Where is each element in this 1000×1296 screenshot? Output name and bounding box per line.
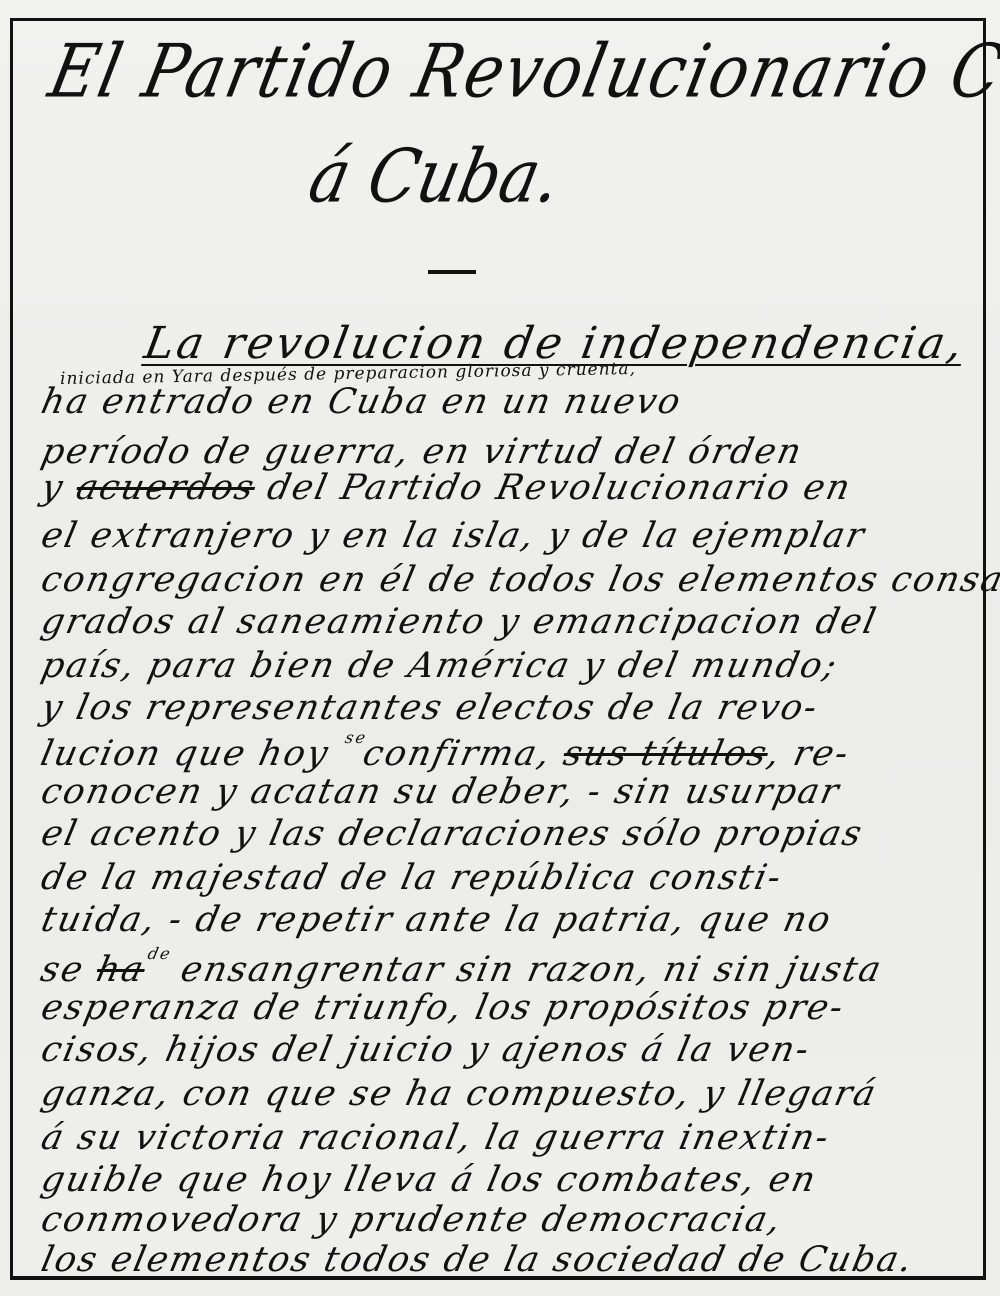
manuscript-line: congregacion en él de todos los elemento… <box>38 560 1000 600</box>
line-text: confirma, <box>359 734 568 774</box>
line-text: á su victoria racional, la guerra inexti… <box>38 1118 834 1158</box>
manuscript-line: conocen y acatan su deber, - sin usurpar <box>38 772 844 812</box>
line-text: guible que hoy lleva á los combates, en <box>38 1160 821 1200</box>
line-text: tuida, - de repetir ante la patria, que … <box>38 900 836 940</box>
line-text: lucion que hoy <box>37 734 346 774</box>
manuscript-line: ganza, con que se ha compuesto, y llegar… <box>38 1074 881 1114</box>
line-text: del Partido Revolucionario en <box>251 468 856 508</box>
line-text: país, para bien de América y del mundo; <box>38 646 842 686</box>
line-text: conmovedora y prudente democracia, <box>38 1200 786 1240</box>
line-text: ganza, con que se ha compuesto, y llegar… <box>38 1074 881 1114</box>
line-text: congregacion en él de todos los elemento… <box>38 560 1000 600</box>
manuscript-line: lucion que hoy seconfirma, sus títulos, … <box>37 728 855 774</box>
manuscript-line: de la majestad de la república consti- <box>38 858 786 898</box>
manuscript-line: esperanza de triunfo, los propósitos pre… <box>38 988 849 1028</box>
manuscript-line: los elementos todos de la sociedad de Cu… <box>38 1240 918 1280</box>
manuscript-line: á su victoria racional, la guerra inexti… <box>38 1118 834 1158</box>
line-text: período de guerra, en virtud del órden <box>38 432 807 472</box>
line-text: esperanza de triunfo, los propósitos pre… <box>38 988 849 1028</box>
line-text: grados al saneamiento y emancipacion del <box>38 602 881 642</box>
manuscript-line: país, para bien de América y del mundo; <box>38 646 842 686</box>
manuscript-line: conmovedora y prudente democracia, <box>38 1200 786 1240</box>
line-text: conocen y acatan su deber, - sin usurpar <box>38 772 844 812</box>
manuscript-line: tuida, - de repetir ante la patria, que … <box>38 900 836 940</box>
document-title-line-1: El Partido Revolucionario Cubano <box>42 30 1000 115</box>
manuscript-line: y acuerdos del Partido Revolucionario en <box>38 468 856 508</box>
manuscript-line: se hade ensangrentar sin razon, ni sin j… <box>37 944 887 990</box>
manuscript-line: cisos, hijos del juicio y ajenos á la ve… <box>38 1030 814 1070</box>
manuscript-line: ha entrado en Cuba en un nuevo <box>38 382 686 422</box>
title-separator-dash <box>428 270 476 274</box>
manuscript-line: el acento y las declaraciones sólo propi… <box>38 814 867 854</box>
manuscript-line: período de guerra, en virtud del órden <box>38 432 807 472</box>
line-text: cisos, hijos del juicio y ajenos á la ve… <box>38 1030 814 1070</box>
struck-out-text: sus títulos <box>560 734 772 774</box>
manuscript-line: y los representantes electos de la revo- <box>38 688 823 728</box>
line-text: el acento y las declaraciones sólo propi… <box>38 814 867 854</box>
line-text: de la majestad de la república consti- <box>38 858 786 898</box>
struck-out-text: ha <box>93 950 149 990</box>
struck-out-text: acuerdos <box>73 468 259 508</box>
line-text: y los representantes electos de la revo- <box>38 688 823 728</box>
line-text: ensangrentar sin razon, ni sin justa <box>164 950 886 990</box>
line-text: los elementos todos de la sociedad de Cu… <box>38 1240 918 1280</box>
manuscript-line: el extranjero y en la isla, y de la ejem… <box>38 516 870 556</box>
document-title-line-2: á Cuba. <box>302 135 568 220</box>
manuscript-line: guible que hoy lleva á los combates, en <box>38 1160 821 1200</box>
line-text: el extranjero y en la isla, y de la ejem… <box>38 516 870 556</box>
line-text: ha entrado en Cuba en un nuevo <box>38 382 686 422</box>
line-text: se <box>37 950 101 990</box>
line-text: , re- <box>763 734 853 774</box>
manuscript-line: grados al saneamiento y emancipacion del <box>38 602 881 642</box>
